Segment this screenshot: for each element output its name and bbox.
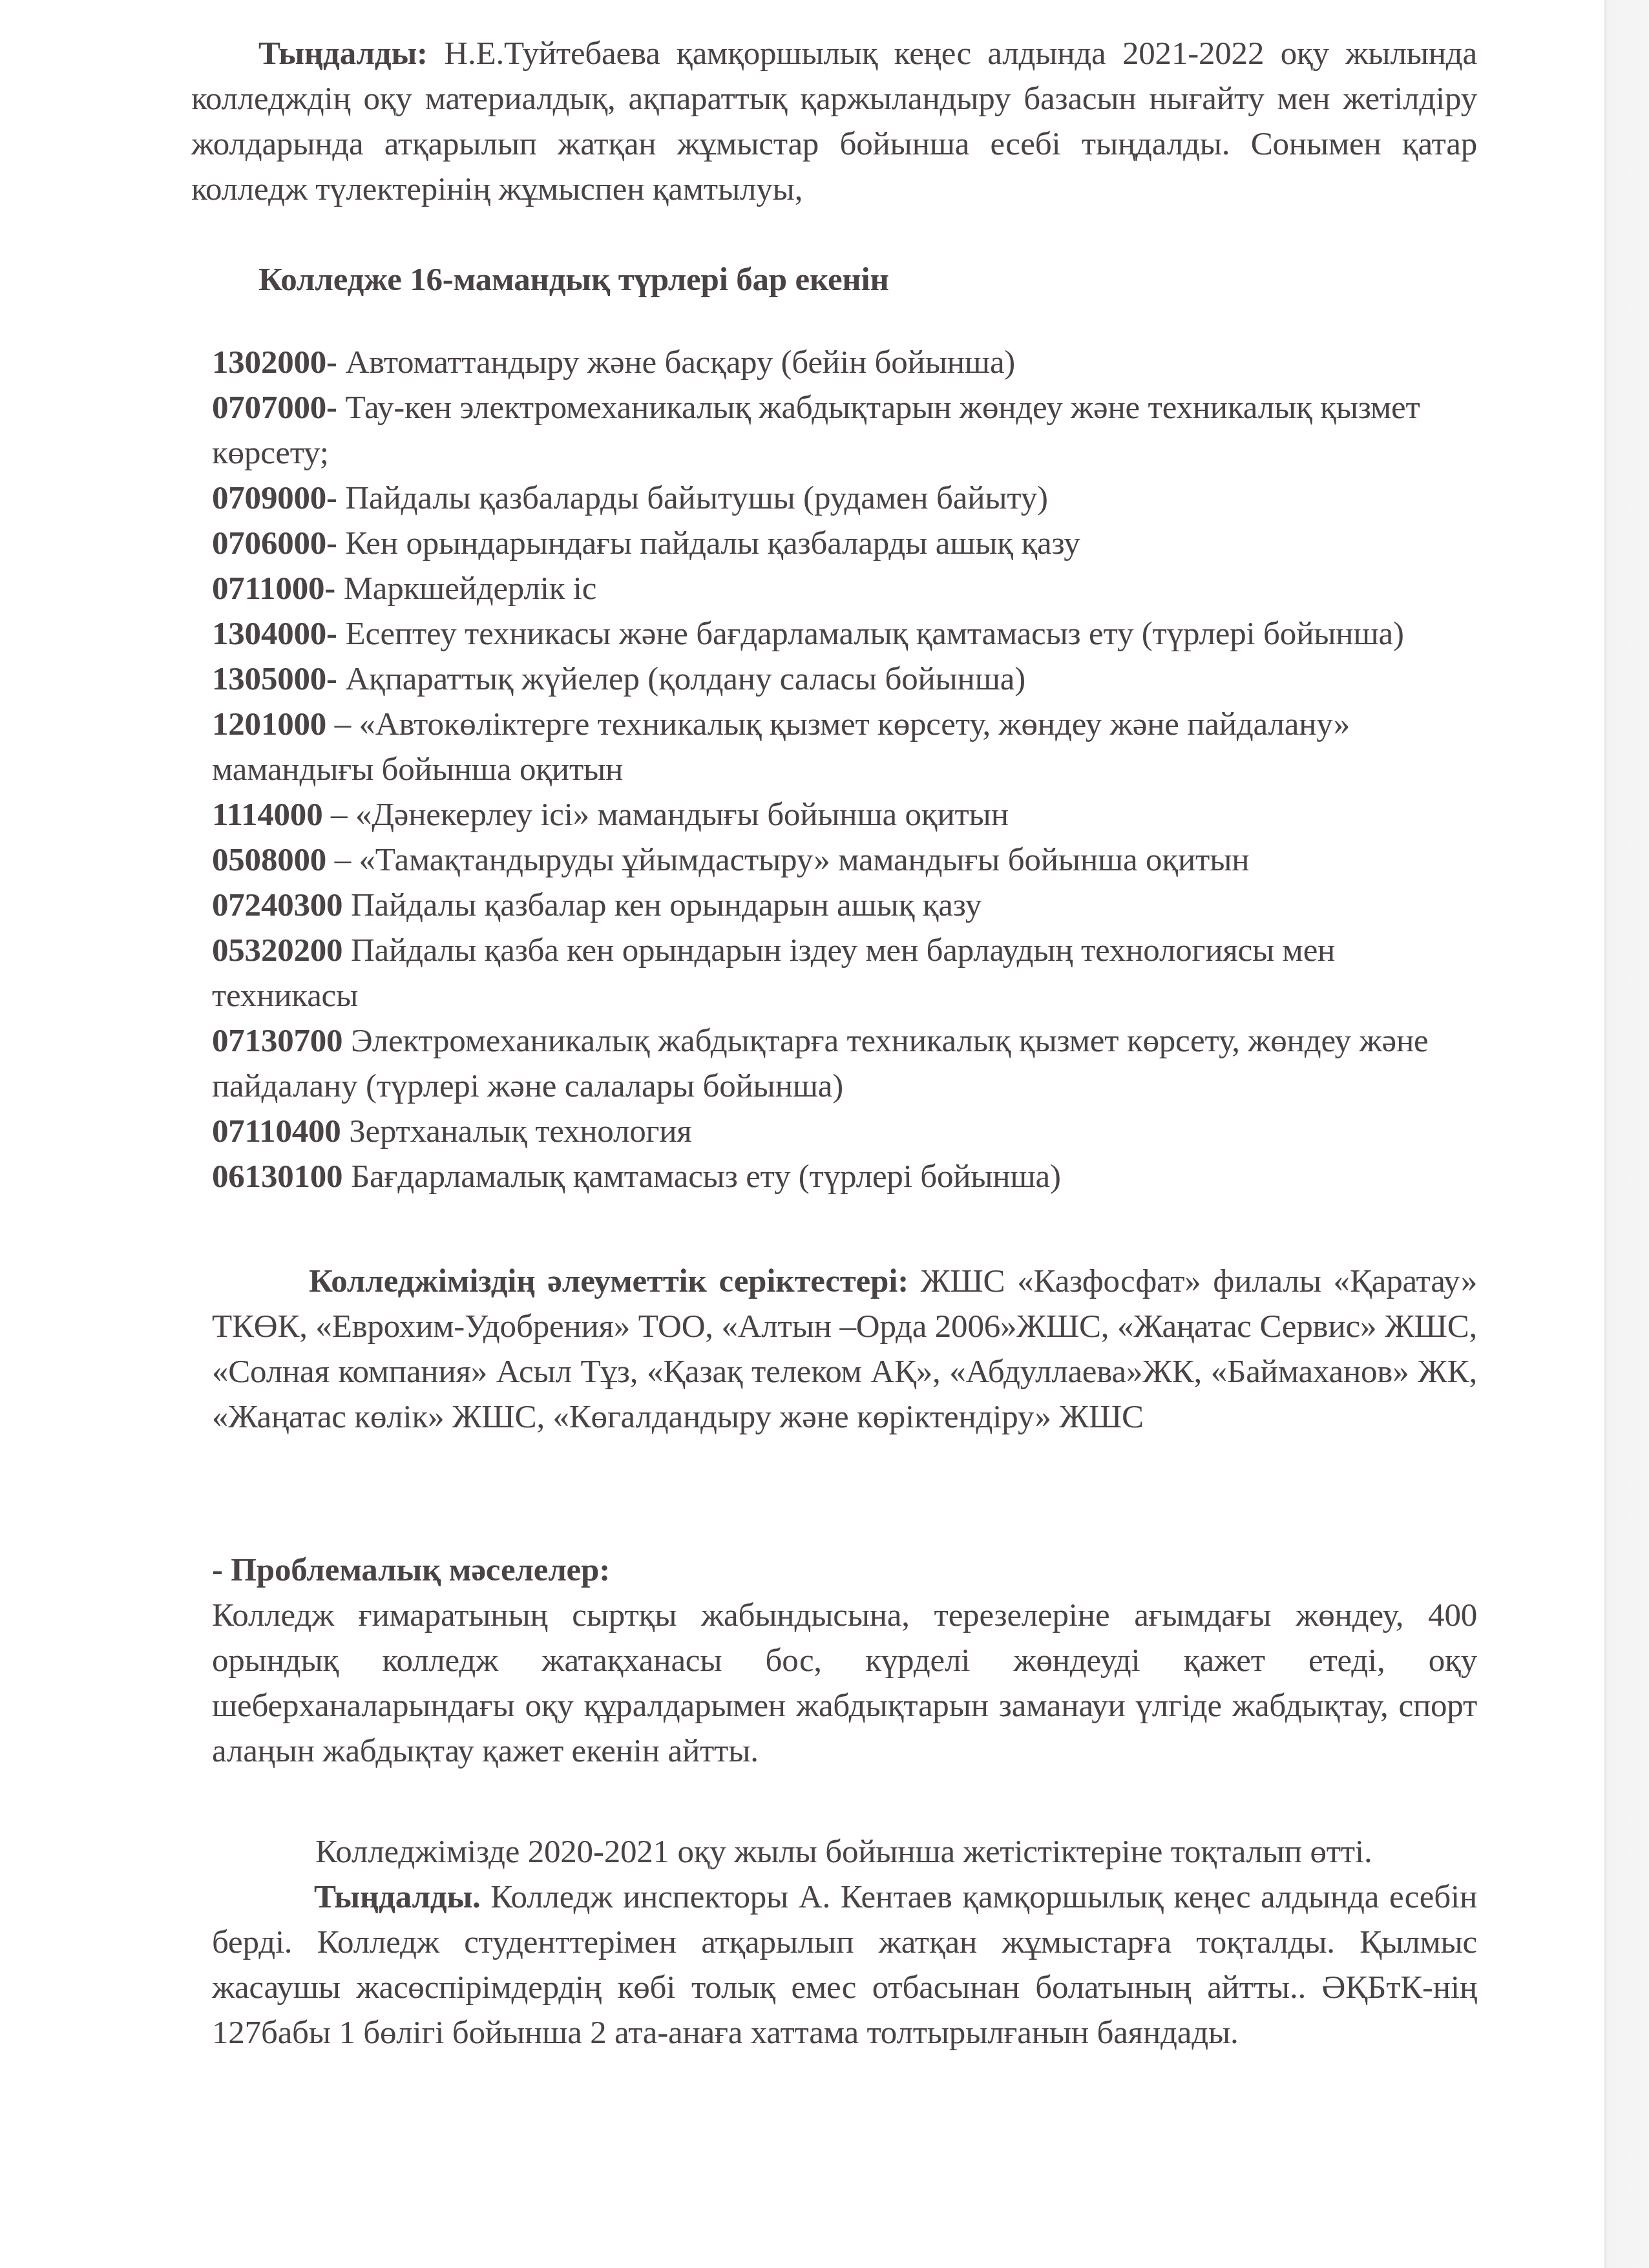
specialty-item: 0706000- Кен орындарындағы пайдалы қазба… xyxy=(212,521,1478,566)
specialty-item: 1304000- Есептеу техникасы және бағдарла… xyxy=(212,611,1478,656)
specialty-code: 1114000 xyxy=(212,797,322,833)
specialty-code: 1305000- xyxy=(212,661,337,697)
specialty-code: 07130700 xyxy=(212,1023,342,1059)
inspector-label: Тыңдалды. xyxy=(314,1879,481,1915)
specialty-name: Автоматтандыру және басқару (бейін бойын… xyxy=(337,344,1015,381)
paragraph-label: Тыңдалды: xyxy=(258,36,428,72)
specialty-code: 1302000- xyxy=(212,344,337,381)
specialty-name: Электромеханикалық жабдықтарға техникалы… xyxy=(212,1023,1428,1104)
specialty-item: 1305000- Ақпараттық жүйелер (қолдану сал… xyxy=(212,656,1478,702)
specialty-name: – «Тамақтандыруды ұйымдастыру» мамандығы… xyxy=(326,842,1249,878)
specialty-name: Маркшейдерлік іс xyxy=(335,571,596,607)
specialty-code: 07240300 xyxy=(212,887,342,923)
specialty-code: 06130100 xyxy=(212,1159,342,1195)
specialty-name: Есептеу техникасы және бағдарламалық қам… xyxy=(337,616,1404,652)
specialty-item: 07130700 Электромеханикалық жабдықтарға … xyxy=(212,1018,1478,1109)
specialty-code: 0707000- xyxy=(212,390,337,426)
specialty-item: 0709000- Пайдалы қазбаларды байытушы (ру… xyxy=(212,476,1478,521)
specialties-heading: Колледже 16-мамандық түрлері бар екенін xyxy=(258,257,1422,302)
achievements-line: Колледжімізде 2020-2021 оқу жылы бойынша… xyxy=(315,1829,1543,1874)
specialty-code: 1304000- xyxy=(212,616,337,652)
specialty-item: 0508000 – «Тамақтандыруды ұйымдастыру» м… xyxy=(212,837,1478,883)
paragraph-report-heard: Тыңдалды: Н.Е.Туйтебаева қамқоршылық кең… xyxy=(191,31,1477,212)
specialty-item: 0711000- Маркшейдерлік іс xyxy=(212,566,1478,611)
document-page: Тыңдалды: Н.Е.Туйтебаева қамқоршылық кең… xyxy=(0,0,1649,2268)
specialty-item: 0707000- Тау-кен электромеханикалық жабд… xyxy=(212,385,1478,476)
specialty-item: 1201000 – «Автокөліктерге техникалық қыз… xyxy=(212,702,1478,792)
partners-label: Колледжіміздің әлеуметтік серіктестері: xyxy=(309,1263,909,1299)
specialty-item: 07240300 Пайдалы қазбалар кен орындарын … xyxy=(212,883,1478,928)
specialty-name: Кен орындарындағы пайдалы қазбаларды ашы… xyxy=(337,525,1080,562)
scan-edge-artifact xyxy=(1604,0,1649,2268)
specialty-name: Бағдарламалық қамтамасыз ету (түрлері бо… xyxy=(342,1159,1060,1195)
specialty-name: Ақпараттық жүйелер (қолдану саласы бойын… xyxy=(337,661,1025,697)
specialty-name: Тау-кен электромеханикалық жабдықтарын ж… xyxy=(212,390,1420,471)
specialty-name: Пайдалы қазба кен орындарын іздеу мен ба… xyxy=(212,932,1335,1014)
specialty-code: 0711000- xyxy=(212,571,335,607)
specialty-code: 07110400 xyxy=(212,1113,341,1150)
specialty-code: 0709000- xyxy=(212,480,337,516)
specialty-name: Пайдалы қазбаларды байытушы (рудамен бай… xyxy=(337,480,1048,516)
specialty-item: 06130100 Бағдарламалық қамтамасыз ету (т… xyxy=(212,1154,1478,1199)
social-partners-paragraph: Колледжіміздің әлеуметтік серіктестері: … xyxy=(212,1259,1477,1440)
specialty-name: – «Дәнекерлеу ісі» мамандығы бойынша оқи… xyxy=(322,797,1008,833)
specialty-code: 0508000 xyxy=(212,842,326,878)
specialty-name: Зертханалық технология xyxy=(341,1113,692,1150)
specialty-code: 05320200 xyxy=(212,932,342,969)
specialty-item: 07110400 Зертханалық технология xyxy=(212,1109,1478,1154)
specialty-item: 1114000 – «Дәнекерлеу ісі» мамандығы бой… xyxy=(212,792,1478,837)
specialty-name: – «Автокөліктерге техникалық қызмет көрс… xyxy=(212,706,1350,788)
inspector-report-paragraph: Тыңдалды. Колледж инспекторы А. Кентаев … xyxy=(212,1874,1477,2055)
problems-text: Колледж ғимаратының сыртқы жабындысына, … xyxy=(212,1593,1477,1774)
specialty-name: Пайдалы қазбалар кен орындарын ашық қазу xyxy=(342,887,982,923)
specialty-code: 0706000- xyxy=(212,525,337,562)
specialty-item: 1302000- Автоматтандыру және басқару (бе… xyxy=(212,340,1478,385)
specialties-list: 1302000- Автоматтандыру және басқару (бе… xyxy=(212,340,1478,1199)
specialty-item: 05320200 Пайдалы қазба кен орындарын ізд… xyxy=(212,928,1478,1018)
problems-title: - Проблемалық мәселелер: xyxy=(212,1548,1375,1593)
specialty-code: 1201000 xyxy=(212,706,326,742)
